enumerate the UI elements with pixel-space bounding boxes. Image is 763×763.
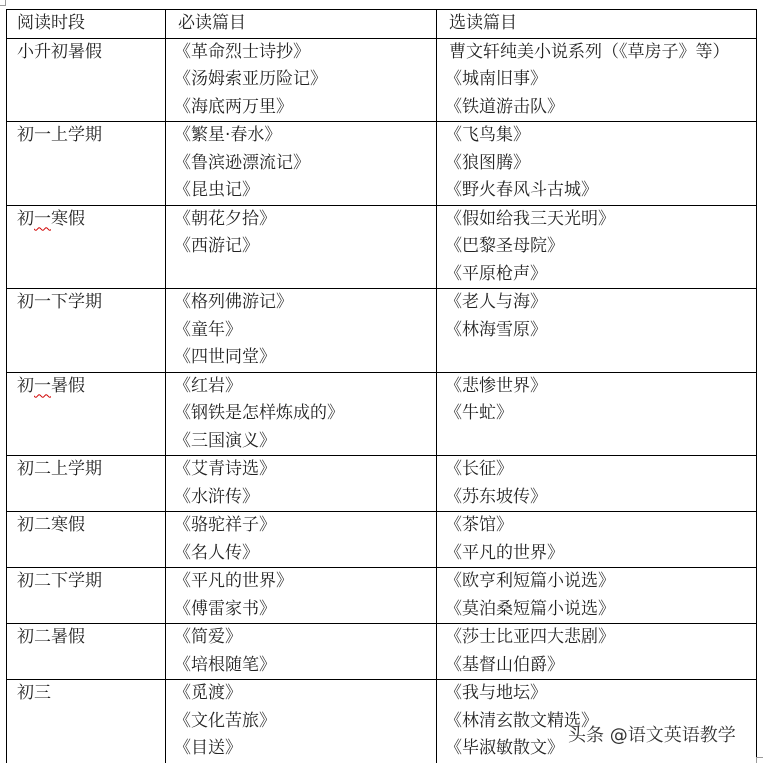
table-move-handle[interactable] <box>0 0 6 6</box>
required-book: 《名人传》 <box>174 540 436 568</box>
required-books-cell[interactable]: 《格列佛游记》《童年》《四世同堂》 <box>166 289 437 373</box>
required-book: 《西游记》 <box>174 233 436 261</box>
optional-book: 《城南旧事》 <box>445 66 756 94</box>
period-label: 初 <box>17 209 34 229</box>
period-label: 初 <box>17 376 34 396</box>
required-book: 《繁星·春水》 <box>174 122 436 150</box>
table-resize-handle[interactable] <box>756 757 763 763</box>
optional-book: 《假如给我三天光明》 <box>445 206 756 234</box>
table-row: 初一上学期《繁星·春水》《鲁滨逊漂流记》《昆虫记》《飞鸟集》《狼图腾》《野火春风… <box>7 122 757 206</box>
optional-book: 《巴黎圣母院》 <box>445 233 756 261</box>
optional-book: 《铁道游击队》 <box>445 94 756 122</box>
header-optional: 选读篇目 <box>437 10 757 39</box>
table-row: 初一下学期《格列佛游记》《童年》《四世同堂》《老人与海》《林海雪原》 <box>7 289 757 373</box>
required-books-cell[interactable]: 《简爱》《培根随笔》 <box>166 624 437 680</box>
optional-book: 《长征》 <box>445 456 756 484</box>
spellcheck-flagged-text: 一 <box>34 209 51 229</box>
optional-book: 《牛虻》 <box>445 400 756 428</box>
optional-book: 《苏东坡传》 <box>445 484 756 512</box>
required-book: 《童年》 <box>174 317 436 345</box>
required-book: 《昆虫记》 <box>174 177 436 205</box>
optional-book: 《莎士比亚四大悲剧》 <box>445 624 756 652</box>
optional-books-cell[interactable]: 曹文轩纯美小说系列（《草房子》等）《城南旧事》《铁道游击队》 <box>437 38 757 122</box>
required-book: 《海底两万里》 <box>174 94 436 122</box>
optional-books-cell[interactable]: 《老人与海》《林海雪原》 <box>437 289 757 373</box>
required-book: 《四世同堂》 <box>174 344 436 372</box>
table-row: 小升初暑假《革命烈士诗抄》《汤姆索亚历险记》《海底两万里》曹文轩纯美小说系列（《… <box>7 38 757 122</box>
optional-book: 《悲惨世界》 <box>445 373 756 401</box>
header-period: 阅读时段 <box>7 10 166 39</box>
required-books-cell[interactable]: 《革命烈士诗抄》《汤姆索亚历险记》《海底两万里》 <box>166 38 437 122</box>
required-book: 《目送》 <box>174 735 436 763</box>
period-label: 初二下学期 <box>17 571 102 591</box>
header-required: 必读篇目 <box>166 10 437 39</box>
required-book: 《革命烈士诗抄》 <box>174 39 436 67</box>
optional-books-cell[interactable]: 《飞鸟集》《狼图腾》《野火春风斗古城》 <box>437 122 757 206</box>
optional-book: 《茶馆》 <box>445 512 756 540</box>
required-book: 《红岩》 <box>174 373 436 401</box>
required-book: 《简爱》 <box>174 624 436 652</box>
optional-book: 《欧亨利短篇小说选》 <box>445 568 756 596</box>
required-book: 《培根随笔》 <box>174 652 436 680</box>
required-book: 《艾青诗选》 <box>174 456 436 484</box>
period-label: 寒假 <box>51 209 85 229</box>
period-cell[interactable]: 初一上学期 <box>7 122 166 206</box>
period-label: 初二寒假 <box>17 515 85 535</box>
optional-book: 曹文轩纯美小说系列（《草房子》等） <box>445 39 756 67</box>
optional-books-cell[interactable]: 《悲惨世界》《牛虻》 <box>437 372 757 456</box>
optional-books-cell[interactable]: 《长征》《苏东坡传》 <box>437 456 757 512</box>
period-label: 初三 <box>17 683 51 703</box>
optional-book: 《平凡的世界》 <box>445 540 756 568</box>
required-books-cell[interactable]: 《艾青诗选》《水浒传》 <box>166 456 437 512</box>
optional-book: 《基督山伯爵》 <box>445 652 756 680</box>
reading-schedule-table: 阅读时段 必读篇目 选读篇目 小升初暑假《革命烈士诗抄》《汤姆索亚历险记》《海底… <box>6 9 757 763</box>
optional-books-cell[interactable]: 《我与地坛》《林清玄散文精选》《毕淑敏散文》 <box>437 680 757 763</box>
required-book: 《三国演义》 <box>174 428 436 456</box>
table-row: 初二寒假《骆驼祥子》《名人传》《茶馆》 《平凡的世界》 <box>7 512 757 568</box>
period-cell[interactable]: 初一下学期 <box>7 289 166 373</box>
spellcheck-flagged-text: 一 <box>34 376 51 396</box>
required-book: 《文化苦旅》 <box>174 708 436 736</box>
period-cell[interactable]: 小升初暑假 <box>7 38 166 122</box>
period-cell[interactable]: 初二下学期 <box>7 568 166 624</box>
optional-book: 《野火春风斗古城》 <box>445 177 756 205</box>
optional-books-cell[interactable]: 《莎士比亚四大悲剧》《基督山伯爵》 <box>437 624 757 680</box>
period-cell[interactable]: 初二寒假 <box>7 512 166 568</box>
optional-book: 《飞鸟集》 <box>445 122 756 150</box>
table-row: 初一暑假《红岩》《钢铁是怎样炼成的》《三国演义》《悲惨世界》《牛虻》 <box>7 372 757 456</box>
period-label: 初二上学期 <box>17 459 102 479</box>
period-cell[interactable]: 初二上学期 <box>7 456 166 512</box>
required-book: 《觅渡》 <box>174 680 436 708</box>
optional-book: 《平原枪声》 <box>445 261 756 289</box>
period-label: 初二暑假 <box>17 627 85 647</box>
table-row: 初二上学期《艾青诗选》《水浒传》《长征》《苏东坡传》 <box>7 456 757 512</box>
table-row: 初二暑假《简爱》《培根随笔》《莎士比亚四大悲剧》《基督山伯爵》 <box>7 624 757 680</box>
required-book: 《钢铁是怎样炼成的》 <box>174 400 436 428</box>
period-label: 初一下学期 <box>17 292 102 312</box>
period-cell[interactable]: 初三 <box>7 680 166 763</box>
required-book: 《格列佛游记》 <box>174 289 436 317</box>
period-cell[interactable]: 初一暑假 <box>7 372 166 456</box>
optional-books-cell[interactable]: 《假如给我三天光明》《巴黎圣母院》《平原枪声》 <box>437 205 757 289</box>
period-label: 暑假 <box>51 376 85 396</box>
period-label: 小升初暑假 <box>17 42 102 62</box>
optional-book: 《我与地坛》 <box>445 680 756 708</box>
period-cell[interactable]: 初二暑假 <box>7 624 166 680</box>
optional-book: 《狼图腾》 <box>445 150 756 178</box>
required-books-cell[interactable]: 《平凡的世界》《傅雷家书》 <box>166 568 437 624</box>
optional-book: 《莫泊桑短篇小说选》 <box>445 596 756 624</box>
required-books-cell[interactable]: 《红岩》《钢铁是怎样炼成的》《三国演义》 <box>166 372 437 456</box>
period-label: 初一上学期 <box>17 125 102 145</box>
table-row: 初二下学期《平凡的世界》《傅雷家书》《欧亨利短篇小说选》《莫泊桑短篇小说选》 <box>7 568 757 624</box>
required-book: 《朝花夕拾》 <box>174 206 436 234</box>
required-book: 《水浒传》 <box>174 484 436 512</box>
required-book: 《汤姆索亚历险记》 <box>174 66 436 94</box>
required-books-cell[interactable]: 《觅渡》《文化苦旅》《目送》 <box>166 680 437 763</box>
optional-book: 《林海雪原》 <box>445 317 756 345</box>
period-cell[interactable]: 初一寒假 <box>7 205 166 289</box>
optional-book: 《老人与海》 <box>445 289 756 317</box>
required-books-cell[interactable]: 《朝花夕拾》《西游记》 <box>166 205 437 289</box>
table-row: 初一寒假《朝花夕拾》《西游记》《假如给我三天光明》《巴黎圣母院》《平原枪声》 <box>7 205 757 289</box>
required-book: 《平凡的世界》 <box>174 568 436 596</box>
watermark: 头条 @语文英语教学 <box>568 724 736 748</box>
table-row: 初三《觅渡》《文化苦旅》《目送》《我与地坛》《林清玄散文精选》《毕淑敏散文》 <box>7 680 757 763</box>
required-books-cell[interactable]: 《骆驼祥子》《名人传》 <box>166 512 437 568</box>
required-book: 《骆驼祥子》 <box>174 512 436 540</box>
optional-books-cell[interactable]: 《欧亨利短篇小说选》《莫泊桑短篇小说选》 <box>437 568 757 624</box>
required-books-cell[interactable]: 《繁星·春水》《鲁滨逊漂流记》《昆虫记》 <box>166 122 437 206</box>
required-book: 《鲁滨逊漂流记》 <box>174 150 436 178</box>
required-book: 《傅雷家书》 <box>174 596 436 624</box>
optional-books-cell[interactable]: 《茶馆》 《平凡的世界》 <box>437 512 757 568</box>
header-row: 阅读时段 必读篇目 选读篇目 <box>7 10 757 39</box>
